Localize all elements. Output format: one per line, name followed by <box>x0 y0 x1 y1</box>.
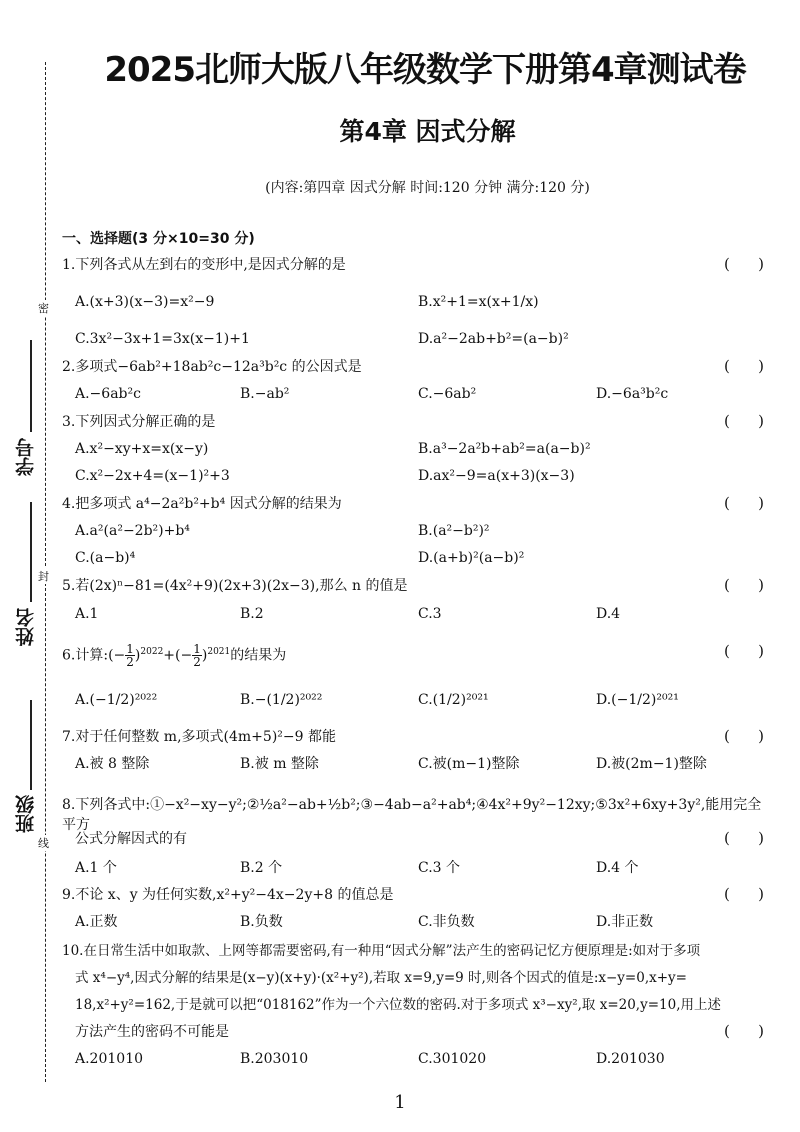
question-3-stem: 3.下列因式分解正确的是 <box>62 412 768 432</box>
answer-blank-10[interactable]: () <box>724 1022 764 1040</box>
name-line <box>30 502 32 602</box>
q3-option-a: A.x²−xy+x=x(x−y) <box>75 439 208 459</box>
question-1-stem: 1.下列各式从左到右的变形中,是因式分解的是 <box>62 255 768 275</box>
chapter-title: 第4章 因式分解 <box>0 112 800 148</box>
q6-option-a: A.(−1/2)²⁰²² <box>75 690 157 710</box>
name-label: 姓名 <box>12 608 39 646</box>
exam-info: (内容:第四章 因式分解 时间:120 分钟 满分:120 分) <box>0 177 800 197</box>
q6-option-b: B.−(1/2)²⁰²² <box>240 690 322 710</box>
fraction-one-half: 12 <box>125 643 135 668</box>
q1-option-c: C.3x²−3x+1=3x(x−1)+1 <box>75 329 250 349</box>
answer-blank-3[interactable]: () <box>724 412 764 430</box>
answer-blank-7[interactable]: () <box>724 727 764 745</box>
class-label: 班级 <box>12 795 39 833</box>
q1-option-b: B.x²+1=x(x+1/x) <box>418 292 539 312</box>
question-9-stem: 9.不论 x、y 为任何实数,x²+y²−4x−2y+8 的值总是 <box>62 885 768 905</box>
q4-option-b: B.(a²−b²)² <box>418 521 490 541</box>
q5-option-d: D.4 <box>596 604 620 624</box>
question-10-stem: 10.在日常生活中如取款、上网等都需要密码,有一种用“因式分解”法产生的密码记忆… <box>62 941 768 961</box>
q1-option-a: A.(x+3)(x−3)=x²−9 <box>75 292 214 312</box>
question-10-stem-line3: 18,x²+y²=162,于是就可以把“018162”作为一个六位数的密码.对于… <box>75 995 768 1015</box>
question-5-stem: 5.若(2x)ⁿ−81=(4x²+9)(2x+3)(2x−3),那么 n 的值是 <box>62 576 768 596</box>
q8-option-c: C.3 个 <box>418 858 460 878</box>
q10-option-d: D.201030 <box>596 1049 665 1069</box>
question-8-stem-line2: 公式分解因式的有 <box>75 829 768 849</box>
q5-option-a: A.1 <box>75 604 98 624</box>
question-10-stem-line4: 方法产生的密码不可能是 <box>75 1022 768 1042</box>
q10-option-b: B.203010 <box>240 1049 308 1069</box>
answer-blank-2[interactable]: () <box>724 357 764 375</box>
q9-option-a: A.正数 <box>75 912 118 932</box>
student-id-line <box>30 340 32 432</box>
q7-option-c: C.被(m−1)整除 <box>418 754 520 774</box>
question-2-stem: 2.多项式−6ab²+18ab²c−12a³b²c 的公因式是 <box>62 357 768 377</box>
q10-option-a: A.201010 <box>75 1049 143 1069</box>
question-10-stem-line2: 式 x⁴−y⁴,因式分解的结果是(x−y)(x+y)·(x²+y²),若取 x=… <box>75 968 768 988</box>
page-number: 1 <box>0 1092 800 1113</box>
q8-option-a: A.1 个 <box>75 858 117 878</box>
answer-blank-6[interactable]: () <box>724 642 764 660</box>
question-4-stem: 4.把多项式 a⁴−2a²b²+b⁴ 因式分解的结果为 <box>62 494 768 514</box>
section-heading: 一、选择题(3 分×10=30 分) <box>62 228 255 248</box>
q6-option-c: C.(1/2)²⁰²¹ <box>418 690 489 710</box>
fraction-one-half: 12 <box>192 643 202 668</box>
q8-option-d: D.4 个 <box>596 858 639 878</box>
answer-blank-5[interactable]: () <box>724 576 764 594</box>
document-title: 2025北师大版八年级数学下册第4章测试卷 <box>0 42 800 91</box>
q6-option-d: D.(−1/2)²⁰²¹ <box>596 690 679 710</box>
cut-mark-feng: 封 <box>38 568 49 584</box>
q2-option-b: B.−ab² <box>240 384 289 404</box>
cut-mark-mi: 密 <box>38 300 49 316</box>
q4-option-d: D.(a+b)²(a−b)² <box>418 548 524 568</box>
q2-option-d: D.−6a³b²c <box>596 384 668 404</box>
q3-option-d: D.ax²−9=a(x+3)(x−3) <box>418 466 575 486</box>
answer-blank-4[interactable]: () <box>724 494 764 512</box>
q4-option-a: A.a²(a²−2b²)+b⁴ <box>75 521 190 541</box>
question-6-stem: 6.计算:(−12)2022+(−12)2021的结果为 <box>62 642 768 668</box>
q1-option-d: D.a²−2ab+b²=(a−b)² <box>418 329 569 349</box>
q7-option-a: A.被 8 整除 <box>75 754 149 774</box>
answer-blank-1[interactable]: () <box>724 255 764 273</box>
q5-option-b: B.2 <box>240 604 264 624</box>
q10-option-c: C.301020 <box>418 1049 486 1069</box>
q4-option-c: C.(a−b)⁴ <box>75 548 135 568</box>
q9-option-b: B.负数 <box>240 912 283 932</box>
q3-option-b: B.a³−2a²b+ab²=a(a−b)² <box>418 439 591 459</box>
q7-option-b: B.被 m 整除 <box>240 754 319 774</box>
answer-blank-8[interactable]: () <box>724 829 764 847</box>
answer-blank-9[interactable]: () <box>724 885 764 903</box>
q5-option-c: C.3 <box>418 604 442 624</box>
class-line <box>30 700 32 790</box>
q9-option-c: C.非负数 <box>418 912 475 932</box>
q3-option-c: C.x²−2x+4=(x−1)²+3 <box>75 466 230 486</box>
student-id-label: 学号 <box>12 438 39 476</box>
q2-option-a: A.−6ab²c <box>75 384 141 404</box>
q7-option-d: D.被(2m−1)整除 <box>596 754 707 774</box>
q8-option-b: B.2 个 <box>240 858 282 878</box>
question-7-stem: 7.对于任何整数 m,多项式(4m+5)²−9 都能 <box>62 727 768 747</box>
q9-option-d: D.非正数 <box>596 912 653 932</box>
q2-option-c: C.−6ab² <box>418 384 476 404</box>
cut-mark-xian: 线 <box>38 835 49 851</box>
